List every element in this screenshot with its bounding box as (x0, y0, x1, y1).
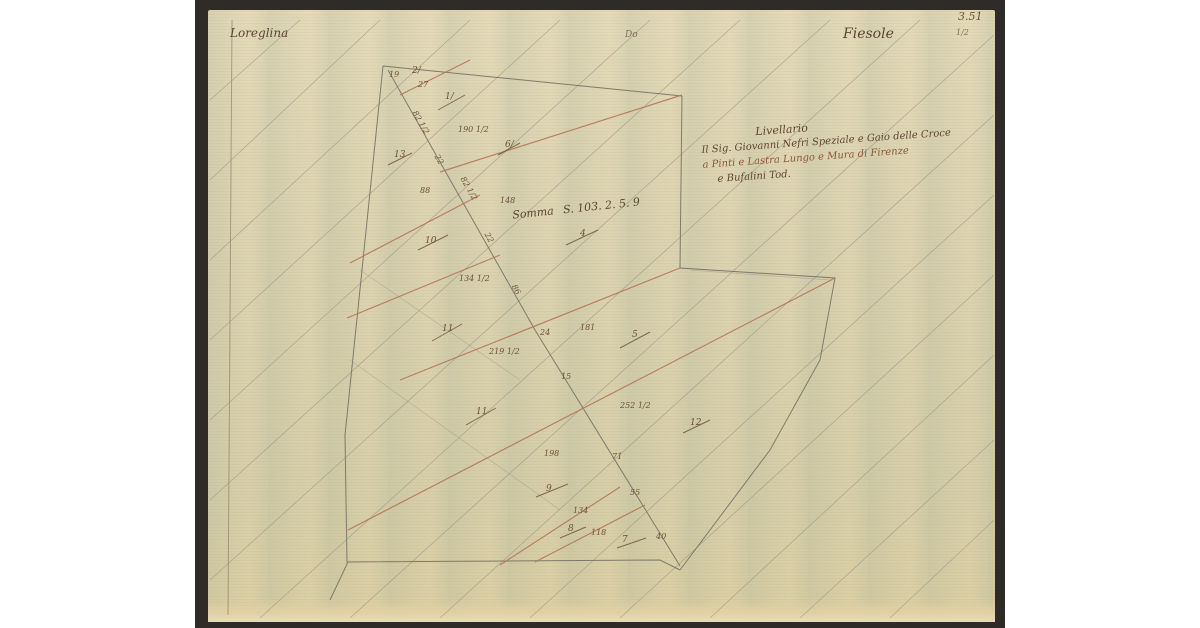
measurement: 55 (630, 488, 640, 497)
header-locality: Loreglina (230, 26, 288, 40)
measurement: 181 (580, 323, 595, 332)
parcel-label: 12 (690, 418, 701, 428)
parcel-label: 1/ (445, 92, 454, 102)
header-center-note: Do (625, 30, 638, 40)
parcel-label: 11 (476, 407, 487, 417)
measurement: 148 (500, 196, 515, 205)
measurement: 118 (591, 528, 606, 537)
parcel-label: 13 (394, 150, 405, 160)
parcel-label: 4 (580, 229, 586, 239)
measurement: 134 1/2 (459, 274, 490, 283)
page-number: 3.51 (958, 10, 983, 23)
measurement: 134 (573, 506, 588, 515)
measurement: 219 1/2 (489, 347, 520, 356)
parcel-label: 6/ (505, 140, 514, 150)
parcel-label: 11 (442, 324, 453, 334)
parcel-label: 8 (568, 524, 574, 534)
measurement: 27 (418, 80, 428, 89)
measurement: 71 (612, 452, 622, 461)
measurement: 19 (389, 70, 399, 79)
parcel-label: 2/ (412, 66, 421, 76)
measurement: 40 (656, 532, 666, 541)
fold-line (228, 20, 232, 615)
measurement: 88 (420, 186, 430, 195)
page-fraction: 1/2 (956, 28, 969, 37)
measurement: 198 (544, 449, 559, 458)
measurement: 252 1/2 (620, 401, 651, 410)
header-place: Fiesole (843, 26, 894, 42)
parcel-label: 10 (425, 236, 436, 246)
parcel-label: 7 (622, 535, 628, 545)
measurement: 15 (561, 372, 571, 381)
parcel-label: 9 (546, 484, 552, 494)
parcel-label: 5 (632, 330, 638, 340)
measurement: 24 (540, 328, 550, 337)
measurement: 190 1/2 (458, 125, 489, 134)
